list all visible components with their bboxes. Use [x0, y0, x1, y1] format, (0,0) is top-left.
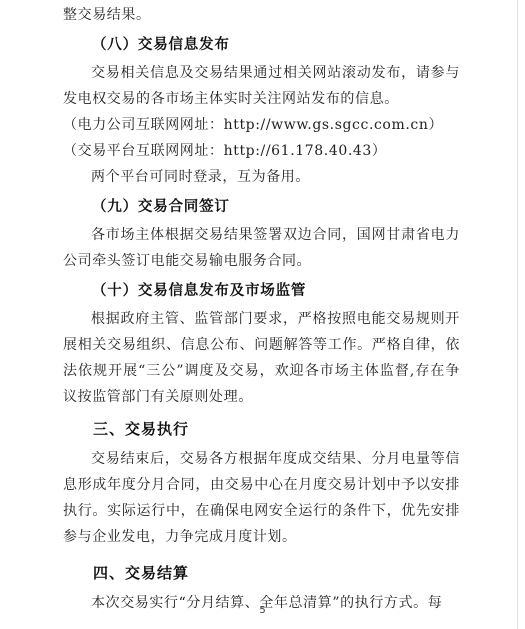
continuation-text: 整交易结果。: [63, 2, 460, 28]
section-heading-10-market-supervision: （十）交易信息发布及市场监管: [63, 277, 460, 304]
line-trading-platform-url: （交易平台互联网网址：http://61.178.40.43）: [63, 138, 460, 164]
line-power-company-url: （电力公司互联网网址：http://www.gs.sgcc.com.cn）: [63, 112, 460, 138]
section-heading-9-contract-signing: （九）交易合同签订: [63, 193, 460, 220]
document-page: 整交易结果。 （八）交易信息发布 交易相关信息及交易结果通过相关网站滚动发布，请…: [0, 0, 525, 629]
page-content: 整交易结果。 （八）交易信息发布 交易相关信息及交易结果通过相关网站滚动发布，请…: [63, 2, 460, 616]
paragraph-contract-signing: 各市场主体根据交易结果签署双边合同，国网甘肃省电力公司牵头签订电能交易输电服务合…: [63, 222, 460, 274]
chapter-heading-4-trade-settlement: 四、交易结算: [63, 559, 460, 587]
page-right-edge: [517, 0, 518, 629]
paragraph-market-supervision: 根据政府主管、监管部门要求，严格按照电能交易规则开展相关交易组织、信息公布、问题…: [63, 306, 460, 410]
section-heading-8-info-release: （八）交易信息发布: [63, 31, 460, 58]
chapter-heading-3-trade-execution: 三、交易执行: [63, 415, 460, 443]
paragraph-info-release: 交易相关信息及交易结果通过相关网站滚动发布，请参与发电权交易的各市场主体实时关注…: [63, 60, 460, 112]
line-both-platforms: 两个平台可同时登录，互为备用。: [63, 164, 460, 190]
paragraph-trade-execution: 交易结束后，交易各方根据年度成交结果、分月电量等信息形成年度分月合同，由交易中心…: [63, 446, 460, 550]
page-number: 5: [0, 605, 525, 616]
